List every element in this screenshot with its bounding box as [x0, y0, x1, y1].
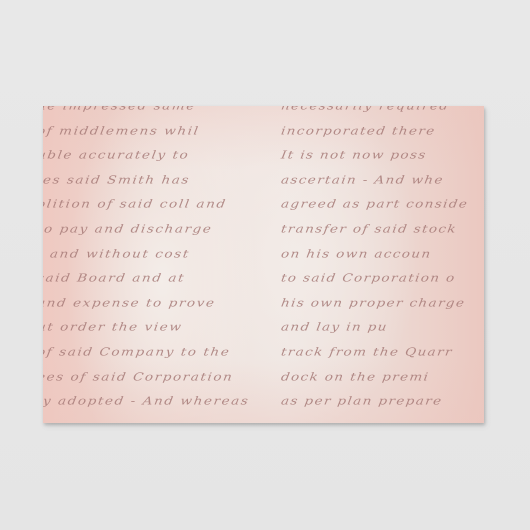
handwriting-line: agreed as part conside: [280, 195, 484, 215]
handwriting-line: dock on the premi: [280, 367, 484, 387]
handwriting-line: as per plan prepare: [280, 391, 484, 411]
handwriting-line: to pay and discharge: [43, 219, 270, 239]
handwriting-line: necessarily required: [280, 106, 484, 116]
handwriting-line: ees of said Corporation: [43, 367, 270, 387]
product-mockup-backdrop: ue impressed same of middlemens whil ubl…: [0, 0, 530, 530]
handwriting-line: ut order the view: [43, 318, 270, 338]
handwriting-line: to said Corporation o: [280, 268, 484, 288]
handwriting-line: ue impressed same: [43, 106, 270, 116]
handwriting-line: t and without cost: [43, 244, 270, 264]
handwriting-line: transfer of said stock: [280, 219, 484, 239]
handwriting-line: incorporated there: [280, 121, 484, 141]
handwriting-line: ies said Smith has: [43, 170, 270, 190]
handwriting-line: on his own accoun: [280, 244, 484, 264]
handwriting-line: olition of said coll and: [43, 195, 270, 215]
handwriting-line: ascertain - And whe: [280, 170, 484, 190]
handwriting-line: of middlemens whil: [43, 121, 270, 141]
handwriting-line: of said Company to the: [43, 342, 270, 362]
handwriting-line: track from the Quarr: [280, 342, 484, 362]
handwriting-line: It is not now poss: [280, 145, 484, 165]
handwriting-line: and lay in pu: [280, 318, 484, 338]
handwriting-right-column: necessarily required incorporated there …: [281, 106, 484, 414]
name-tag-card: ue impressed same of middlemens whil ubl…: [43, 106, 484, 423]
handwriting-line: said Board and at: [43, 268, 270, 288]
handwriting-left-column: ue impressed same of middlemens whil ubl…: [43, 106, 269, 414]
handwriting-line: uble accurately to: [43, 145, 270, 165]
handwriting-line: his own proper charge: [280, 293, 484, 313]
handwriting-line: ly adopted - And whereas: [43, 391, 270, 411]
handwriting-line: and expense to prove: [43, 293, 270, 313]
